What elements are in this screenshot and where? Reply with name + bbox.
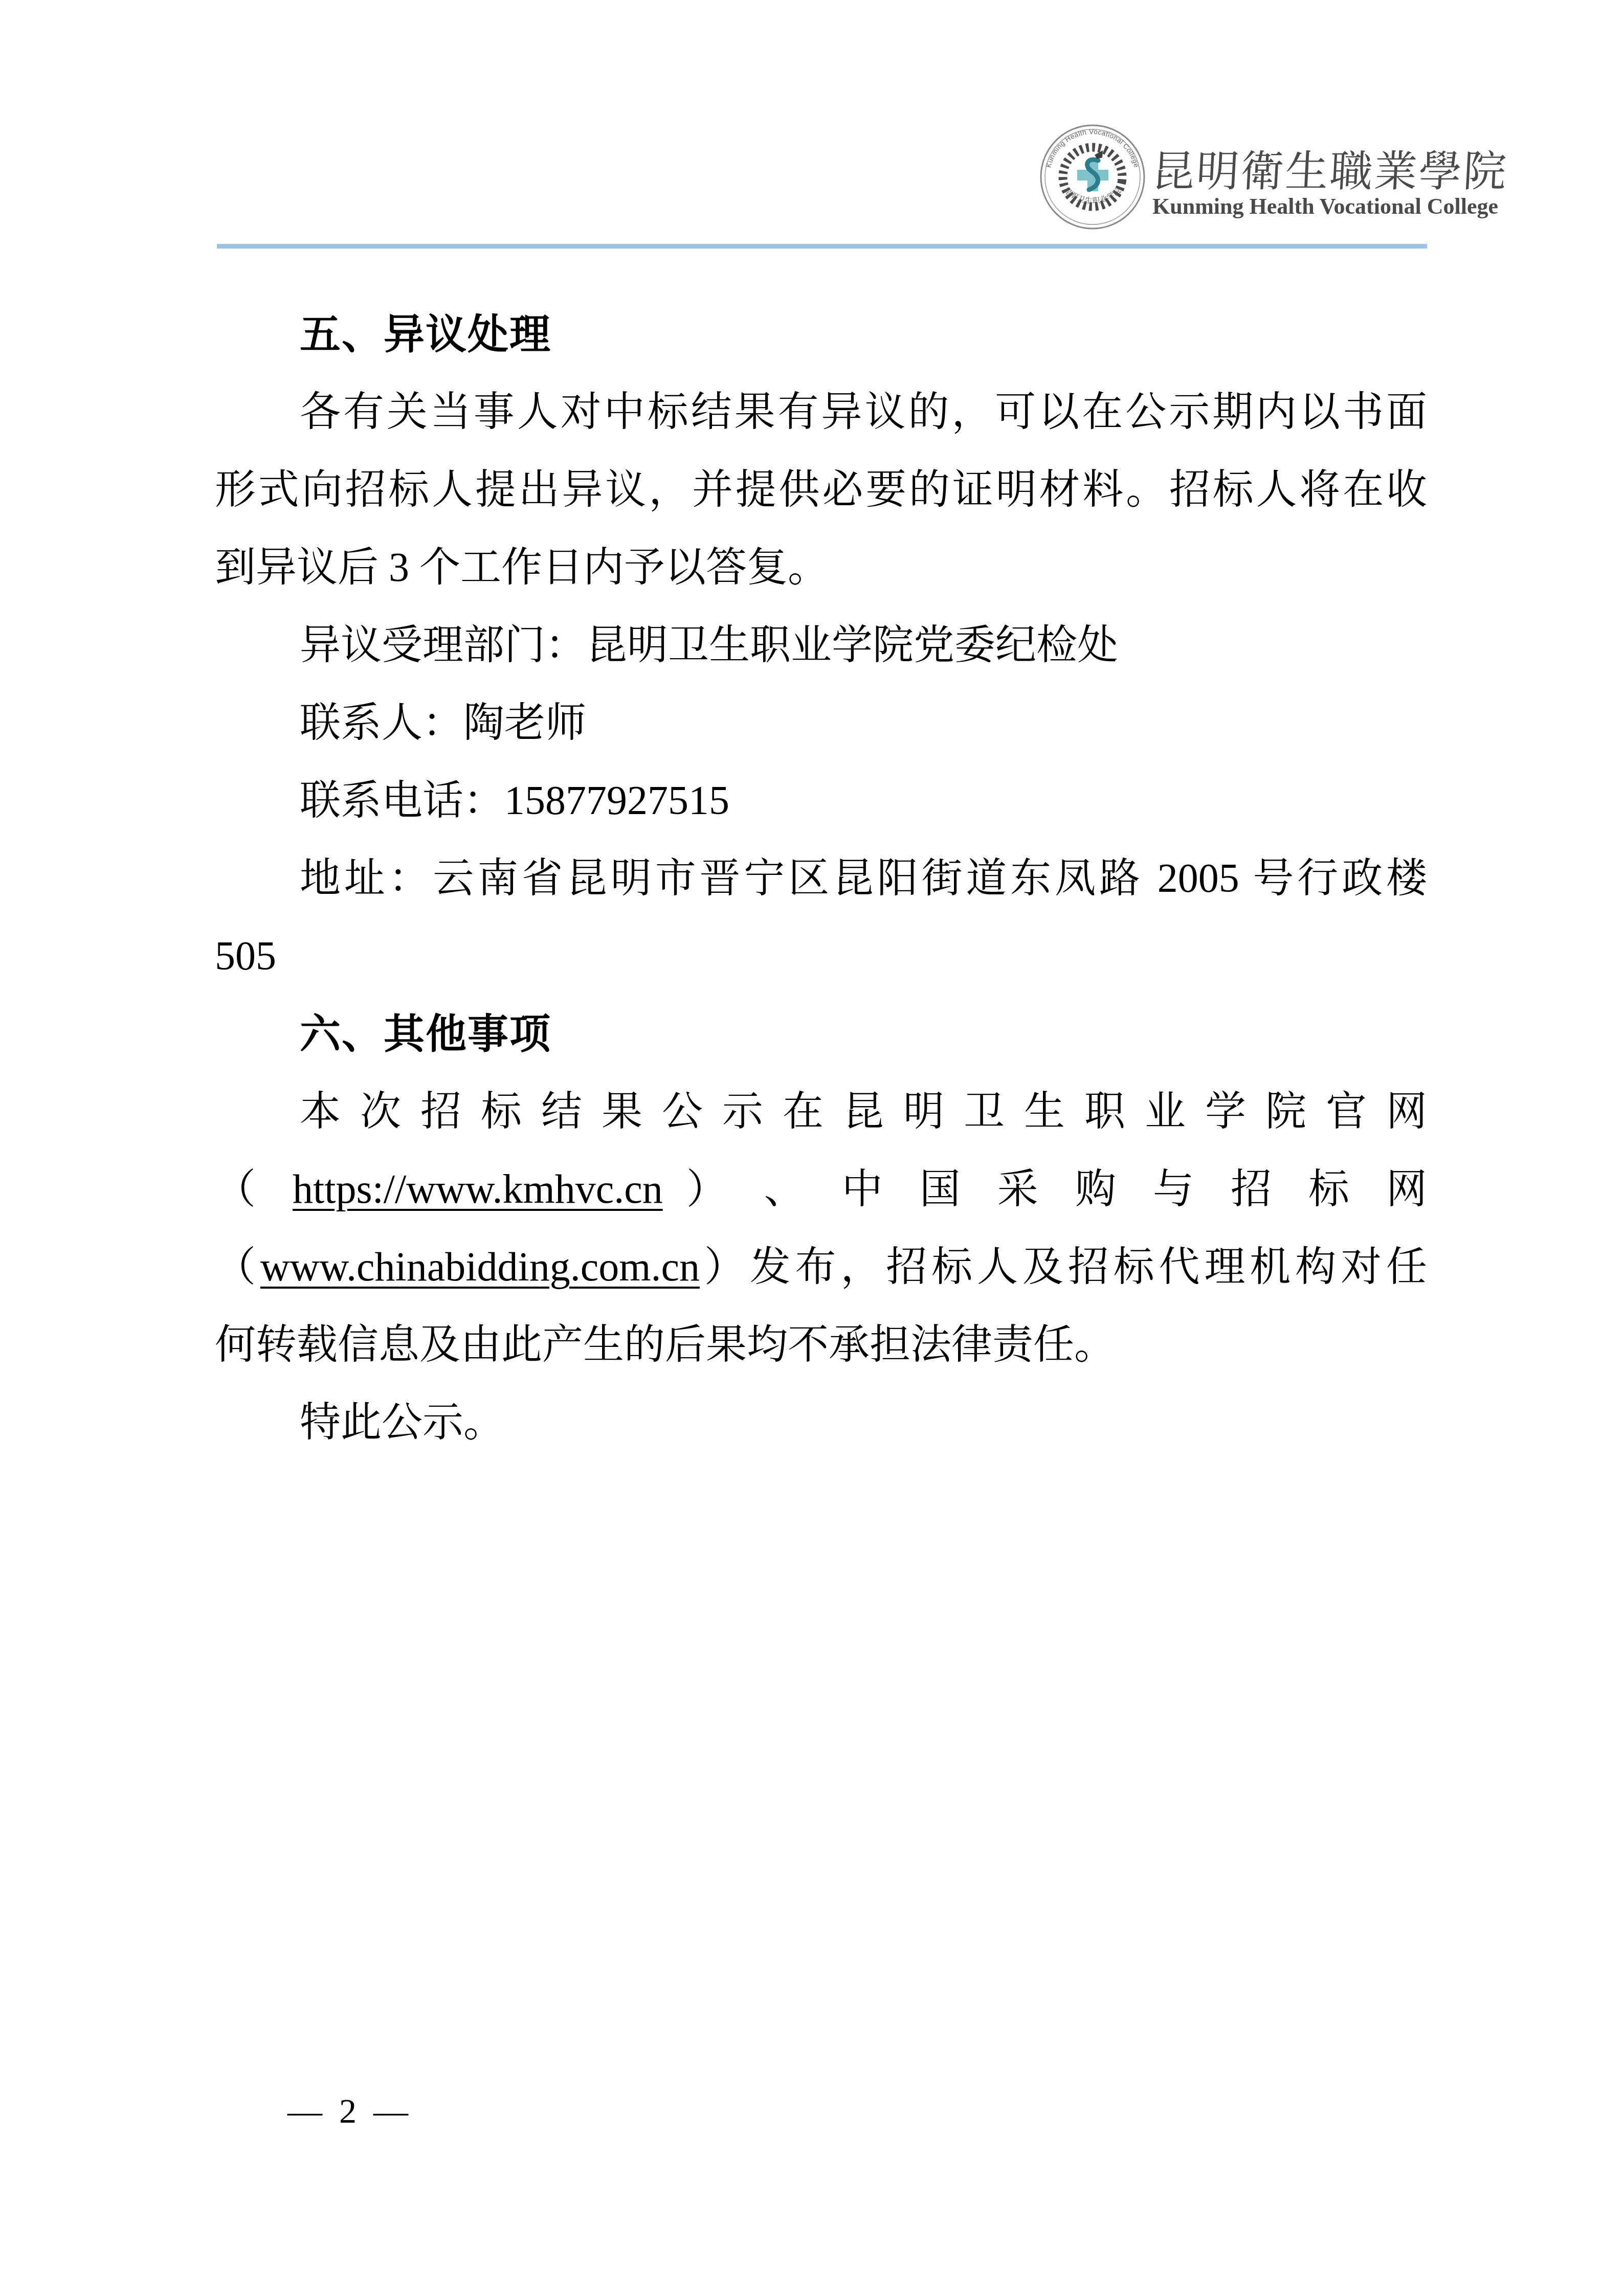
section-6-heading: 六、其他事项 <box>215 995 1427 1073</box>
open-paren: （ <box>215 1167 293 1212</box>
publish-line-3: （www.chinabidding.com.cn）发布，招标人及招标代理机构对任 <box>215 1228 1427 1306</box>
document-page: Kunming Health Vocational College 昆明卫生职业… <box>0 0 1624 2296</box>
closing-line: 特此公示。 <box>215 1384 1427 1461</box>
kmhvc-url: https://www.kmhvc.cn <box>293 1167 663 1212</box>
para-objection-line-2: 形式向招标人提出异议，并提供必要的证明材料。招标人将在收 <box>215 451 1427 529</box>
publish-line-3-rest: ）发布，招标人及招标代理机构对任 <box>700 1245 1427 1290</box>
publish-line-4: 何转载信息及由此产生的后果均不承担法律责任。 <box>215 1306 1427 1384</box>
open-paren-2: （ <box>215 1245 260 1290</box>
college-name-english: Kunming Health Vocational College <box>1152 193 1521 219</box>
college-seal-logo: Kunming Health Vocational College 昆明卫生职业… <box>1038 123 1147 231</box>
objection-dept-line: 异议受理部门：昆明卫生职业学院党委纪检处 <box>215 606 1427 684</box>
chinabidding-url: www.chinabidding.com.cn <box>260 1245 700 1290</box>
publish-line-2-rest: ） 、 中 国 采 购 与 招 标 网 <box>663 1167 1427 1212</box>
publish-line-2: （ https://www.kmhvc.cn ） 、 中 国 采 购 与 招 标… <box>215 1151 1427 1228</box>
para-objection-line-3: 到异议后 3 个工作日内予以答复。 <box>215 529 1427 606</box>
header-divider-line <box>217 244 1427 249</box>
contact-person-line: 联系人：陶老师 <box>215 684 1427 762</box>
college-name-calligraphy: 昆明衛生職業學院 <box>1150 137 1522 199</box>
section-5-heading: 五、异议处理 <box>215 296 1427 373</box>
page-number: — 2 — <box>287 2090 408 2131</box>
para-objection-line-1: 各有关当事人对中标结果有异议的，可以在公示期内以书面 <box>215 373 1427 451</box>
document-body: 五、异议处理 各有关当事人对中标结果有异议的，可以在公示期内以书面 形式向招标人… <box>215 296 1427 1461</box>
contact-phone-line: 联系电话：15877927515 <box>215 762 1427 840</box>
address-line-1: 地址：云南省昆明市晋宁区昆阳街道东凤路 2005 号行政楼 <box>215 840 1427 917</box>
address-line-2: 505 <box>215 917 1427 995</box>
publish-line-1: 本 次 招 标 结 果 公 示 在 昆 明 卫 生 职 业 学 院 官 网 <box>215 1073 1427 1151</box>
